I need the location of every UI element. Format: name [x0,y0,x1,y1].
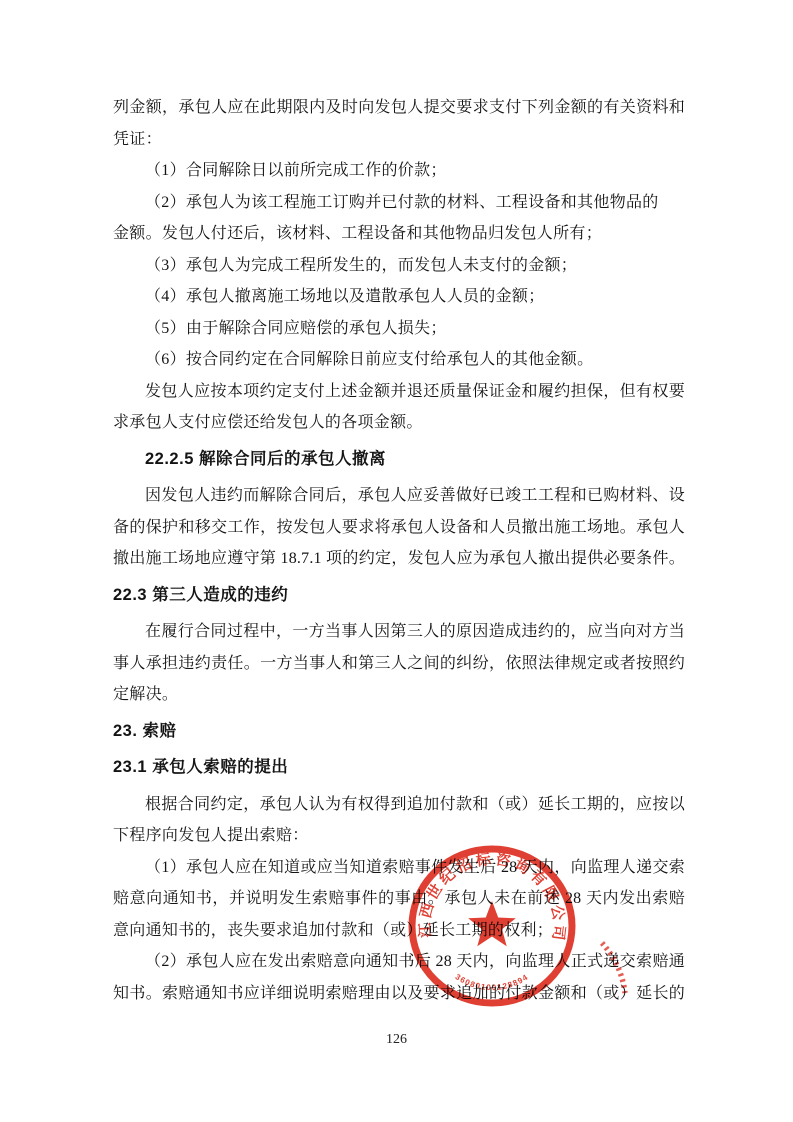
text-line: 撤出施工场地应遵守第 18.7.1 项的约定，发包人应为承包人撤出提供必要条件。 [113,543,685,575]
text-line: 凭证： [113,124,685,156]
list-item: （1）合同解除日以前所完成工作的价款； [113,155,685,187]
text-line: 意向通知书的，丧失要求追加付款和（或）延长工期的权利； [113,915,685,947]
text-line: 定解决。 [113,679,685,711]
text-line: 在履行合同过程中，一方当事人因第三人的原因造成违约的，应当向对方当 [113,616,685,648]
heading-23-1: 23.1 承包人索赔的提出 [113,752,685,784]
text-line: 备的保护和移交工作，按发包人要求将承包人设备和人员撤出施工场地。承包人 [113,512,685,544]
text-line: 求承包人支付应偿还给发包人的各项金额。 [113,407,685,439]
page-number: 126 [0,1032,793,1048]
heading-23: 23. 索赔 [113,716,685,748]
text-line: 发包人应按本项约定支付上述金额并退还质量保证金和履约担保，但有权要 [113,376,685,408]
text-line: 金额。发包人付还后，该材料、工程设备和其他物品归发包人所有； [113,218,685,250]
text-line: 因发包人违约而解除合同后，承包人应妥善做好已竣工工程和已购材料、设 [113,480,685,512]
text-line: 赔意向通知书，并说明发生索赔事件的事由。承包人未在前述 28 天内发出索赔 [113,883,685,915]
text-line: 列金额，承包人应在此期限内及时向发包人提交要求支付下列金额的有关资料和 [113,92,685,124]
document-body: 列金额，承包人应在此期限内及时向发包人提交要求支付下列金额的有关资料和 凭证： … [113,92,685,1009]
list-item: （3）承包人为完成工程所发生的，而发包人未支付的金额； [113,250,685,282]
list-item: （6）按合同约定在合同解除日前应支付给承包人的其他金额。 [113,344,685,376]
text-line: 根据合同约定，承包人认为有权得到追加付款和（或）延长工期的，应按以 [113,789,685,821]
heading-22-3: 22.3 第三人造成的违约 [113,580,685,612]
heading-22-2-5: 22.2.5 解除合同后的承包人撤离 [113,444,685,476]
list-item: （2）承包人为该工程施工订购并已付款的材料、工程设备和其他物品的 [113,187,685,219]
list-item: （2）承包人应在发出索赔意向通知书后 28 天内，向监理人正式递交索赔通 [113,946,685,978]
list-item: （4）承包人撤离施工场地以及遣散承包人人员的金额； [113,281,685,313]
text-line: 事人承担违约责任。一方当事人和第三人之间的纠纷，依照法律规定或者按照约 [113,648,685,680]
list-item: （1）承包人应在知道或应当知道索赔事件发生后 28 天内，向监理人递交索 [113,852,685,884]
list-item: （5）由于解除合同应赔偿的承包人损失； [113,313,685,345]
text-line: 下程序向发包人提出索赔： [113,820,685,852]
text-line: 知书。索赔通知书应详细说明索赔理由以及要求追加的付款金额和（或）延长的 [113,978,685,1010]
